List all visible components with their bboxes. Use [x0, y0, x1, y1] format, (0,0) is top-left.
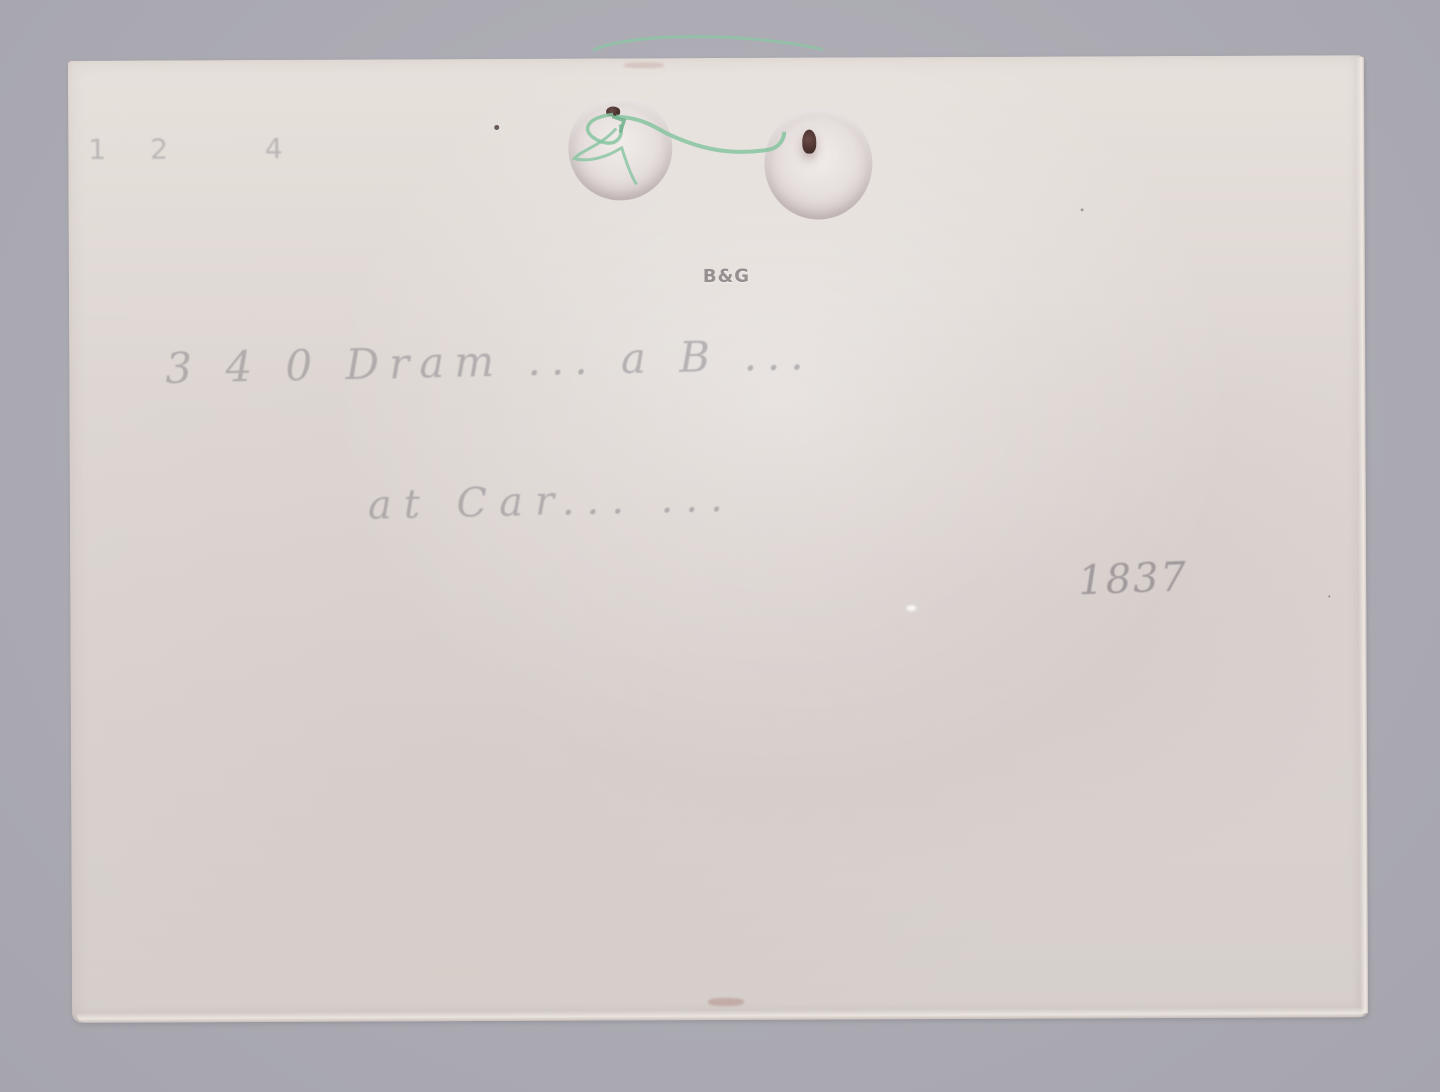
plaque-right-edge: [1356, 57, 1368, 1013]
surface-speck: [1328, 595, 1330, 597]
glaze-chip: [708, 998, 744, 1006]
hole-opening-left: [606, 106, 620, 116]
hole-opening-right: [802, 130, 816, 154]
pencil-inscription-line1: 3 4 0 Dram ... a B ...: [165, 330, 814, 393]
plaque-bottom-edge: [76, 1007, 1366, 1023]
maker-mark-stamp: B&G: [703, 266, 750, 287]
hanging-hole-right: [764, 107, 872, 219]
edge-mark: [624, 62, 664, 68]
hanging-hole-left: [568, 96, 672, 200]
pencil-inscription-line2: at Car... ...: [367, 475, 735, 529]
surface-speck: [1081, 208, 1084, 211]
porcelain-plaque-back: 12 4 B&G 3 4 0 Dram ... a B ... at Car..…: [68, 55, 1368, 1023]
pencil-date: 1837: [1077, 554, 1189, 604]
pencil-corner-note: 12 4: [88, 132, 326, 166]
bright-spot: [906, 605, 916, 611]
surface-speck: [494, 125, 499, 130]
